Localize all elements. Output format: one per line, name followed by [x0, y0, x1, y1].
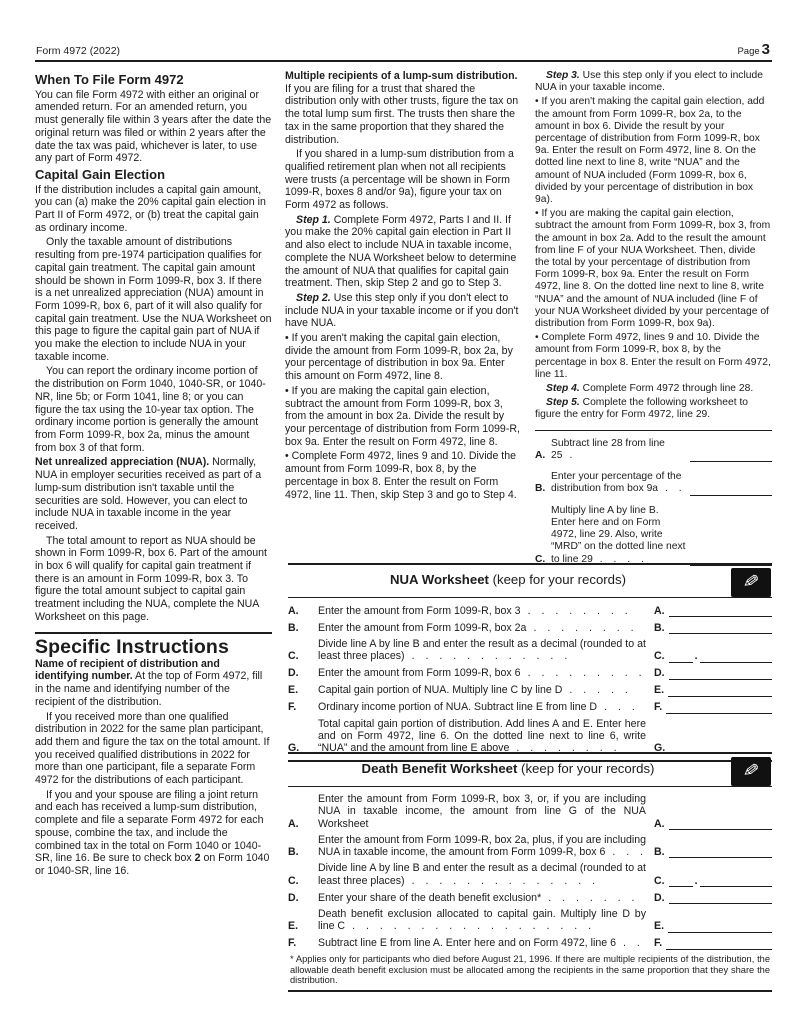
nua-worksheet: NUA Worksheet (keep for your records) ✎ …: [288, 563, 772, 762]
line-text: Subtract line 28 from line 25.: [551, 438, 690, 462]
paragraph-text: Complete Form 4972 through line 28.: [580, 383, 753, 394]
worksheet-line-e: E. Death benefit exclusion allocated to …: [288, 908, 772, 933]
line-text: Divide line A by line B and enter the re…: [318, 862, 654, 887]
line-letter: B.: [288, 846, 318, 858]
paragraph: If you received more than one qualified …: [35, 711, 272, 787]
line-text-body: Enter the amount from Form 1099-R, box 2…: [318, 622, 526, 634]
worksheet-line-b: B. Enter the amount from Form 1099-R, bo…: [288, 621, 772, 634]
bullet-item: • If you are making the capital gain ele…: [285, 385, 522, 449]
decimal-point: .: [693, 875, 700, 887]
line-letter: A.: [535, 450, 551, 462]
worksheet-line-d: D. Enter your share of the death benefit…: [288, 891, 772, 904]
entry-blank[interactable]: [669, 845, 772, 858]
nua-worksheet-rows: A. Enter the amount from Form 1099-R, bo…: [288, 598, 772, 754]
bullet-item: • If you aren't making the capital gain …: [535, 96, 772, 206]
line-letter: D.: [288, 892, 318, 904]
entry-blank[interactable]: [666, 937, 772, 950]
dot-leader: . . . . . . . . . . . . . . . . . .: [345, 920, 591, 932]
step-label: Step 4.: [546, 383, 580, 394]
death-benefit-worksheet: Death Benefit Worksheet (keep for your r…: [288, 752, 772, 992]
answer-letter: B.: [654, 846, 665, 858]
paragraph-step-1: Step 1. Complete Form 4972, Parts I and …: [285, 214, 522, 290]
answer-letter: D.: [654, 667, 665, 679]
answer-cell: D.: [654, 891, 772, 904]
line-text-body: Capital gain portion of NUA. Multiply li…: [318, 684, 562, 696]
paragraph-nua: Net unrealized appreciation (NUA). Norma…: [35, 456, 272, 532]
answer-letter: B.: [654, 622, 665, 634]
worksheet-line-d: D. Enter the amount from Form 1099-R, bo…: [288, 667, 772, 680]
dot-leader: . .: [658, 483, 682, 494]
answer-letter: E.: [654, 684, 664, 696]
bullet-item: • If you are making the capital gain ele…: [535, 208, 772, 330]
line-letter: B.: [535, 483, 551, 495]
line-text-body: Enter the amount from Form 1099-R, box 6: [318, 667, 521, 679]
worksheet-line-g: G. Total capital gain portion of distrib…: [288, 718, 772, 755]
worksheet-title-note: (keep for your records): [489, 572, 626, 587]
entry-blank[interactable]: [690, 483, 772, 496]
nua-worksheet-header: NUA Worksheet (keep for your records) ✎: [288, 565, 772, 598]
answer-letter: F.: [654, 937, 662, 949]
entry-blank[interactable]: [669, 621, 772, 634]
line-text: Death benefit exclusion allocated to cap…: [318, 908, 654, 933]
answer-cell-decimal: C..: [654, 650, 772, 663]
entry-blank[interactable]: [669, 604, 772, 617]
answer-letter: C.: [654, 875, 665, 887]
answer-cell: B.: [654, 621, 772, 634]
line-text-body: Subtract line E from line A. Enter here …: [318, 937, 616, 949]
bullet-item: • Complete Form 4972, lines 9 and 10. Di…: [285, 450, 522, 501]
dot-leader: . . . . . . . .: [526, 622, 633, 634]
dot-leader: . . . . . . .: [541, 892, 634, 904]
left-column: When To File Form 4972 You can file Form…: [35, 70, 272, 880]
bullet-item: • If you aren't making the capital gain …: [285, 332, 522, 383]
answer-cell: A.: [654, 604, 772, 617]
death-worksheet-header: Death Benefit Worksheet (keep for your r…: [288, 754, 772, 787]
answer-cell: E.: [654, 920, 772, 933]
right-column: Step 3. Use this step only if you elect …: [535, 70, 772, 575]
line-letter: A.: [288, 605, 318, 617]
heading-when-to-file: When To File Form 4972: [35, 74, 272, 87]
line-letter: F.: [288, 701, 318, 713]
paragraph-step-4: Step 4. Complete Form 4972 through line …: [535, 383, 772, 395]
paragraph: You can report the ordinary income porti…: [35, 365, 272, 454]
mini-worksheet-divider: [535, 430, 772, 431]
line-text: Multiply line A by line B. Enter here an…: [551, 505, 690, 566]
line-text-body: Enter the amount from Form 1099-R, box 3: [318, 605, 521, 617]
line-text: Enter the amount from Form 1099-R, box 2…: [318, 834, 654, 859]
worksheet-title-bold: NUA Worksheet: [390, 572, 489, 587]
line-text: Enter the amount from Form 1099-R, box 3…: [318, 605, 654, 617]
worksheet-line-a: A. Enter the amount from Form 1099-R, bo…: [288, 604, 772, 617]
pencil-icon: ✎: [731, 568, 771, 597]
paragraph-joint-return: If you and your spouse are filing a join…: [35, 789, 272, 878]
answer-cell: B.: [654, 845, 772, 858]
line-text-body: Enter your share of the death benefit ex…: [318, 892, 541, 904]
bullet-item: • Complete Form 4972, lines 9 and 10. Di…: [535, 332, 772, 381]
paragraph-step-2: Step 2. Use this step only if you don't …: [285, 292, 522, 330]
heading-capital-gain-election: Capital Gain Election: [35, 169, 272, 182]
line-letter: D.: [288, 667, 318, 679]
line-letter: E.: [288, 920, 318, 932]
mini-worksheet-line-b: B. Enter your percentage of the distribu…: [535, 471, 772, 495]
line-text: Ordinary income portion of NUA. Subtract…: [318, 701, 654, 713]
line-text: Enter the amount from Form 1099-R, box 2…: [318, 622, 654, 634]
pencil-glyph: ✎: [742, 575, 759, 589]
paragraph: If you shared in a lump-sum distribution…: [285, 148, 522, 212]
middle-column: Multiple recipients of a lump-sum distri…: [285, 70, 522, 503]
entry-blank[interactable]: [690, 449, 772, 462]
nua-worksheet-title: NUA Worksheet (keep for your records): [288, 574, 728, 586]
answer-letter: A.: [654, 818, 665, 830]
inline-heading: Multiple recipients of a lump-sum distri…: [285, 70, 517, 82]
line-text: Enter your share of the death benefit ex…: [318, 892, 654, 904]
entry-blank[interactable]: [700, 650, 772, 663]
answer-cell: F.: [654, 701, 772, 714]
inline-heading: Net unrealized appreciation (NUA).: [35, 456, 209, 468]
worksheet-line-e: E. Capital gain portion of NUA. Multiply…: [288, 684, 772, 697]
worksheet-line-f: F. Ordinary income portion of NUA. Subtr…: [288, 701, 772, 714]
worksheet-line-f: F. Subtract line E from line A. Enter he…: [288, 937, 772, 950]
form-id: Form 4972 (2022): [36, 45, 120, 57]
dot-leader: . .: [616, 937, 640, 949]
answer-cell: D.: [654, 667, 772, 680]
answer-cell: A.: [654, 817, 772, 830]
line-letter: C.: [288, 650, 318, 662]
entry-blank[interactable]: [668, 684, 772, 697]
answer-cell-decimal: C..: [654, 874, 772, 887]
line-text: Enter the amount from Form 1099-R, box 3…: [318, 793, 654, 830]
page-number: 3: [762, 41, 770, 58]
entry-blank[interactable]: [669, 817, 772, 830]
entry-blank[interactable]: [666, 701, 772, 714]
dot-leader: . . .: [605, 846, 643, 858]
line-text: Subtract line E from line A. Enter here …: [318, 937, 654, 949]
line-text: Enter the amount from Form 1099-R, box 6…: [318, 667, 654, 679]
mini-worksheet-line-a: A. Subtract line 28 from line 25.: [535, 438, 772, 462]
paragraph: Only the taxable amount of distributions…: [35, 236, 272, 363]
line-text: Capital gain portion of NUA. Multiply li…: [318, 684, 654, 696]
paragraph: The total amount to report as NUA should…: [35, 535, 272, 624]
heading-specific-instructions: Specific Instructions: [35, 641, 272, 654]
step-label: Step 5.: [546, 397, 580, 408]
dot-leader: .: [562, 450, 572, 461]
document-page: Form 4972 (2022) Page3 When To File Form…: [0, 0, 800, 1035]
step-label: Step 3.: [546, 70, 580, 81]
decimal-point: .: [693, 650, 700, 662]
line-letter: F.: [288, 937, 318, 949]
dot-leader: . . . . . . . .: [521, 605, 628, 617]
line-letter: A.: [288, 818, 318, 830]
entry-blank[interactable]: [668, 920, 772, 933]
answer-letter: A.: [654, 605, 665, 617]
line-text: Enter your percentage of the distributio…: [551, 471, 690, 495]
dot-leader: . . .: [597, 701, 635, 713]
answer-letter: C.: [654, 650, 665, 662]
line-letter: E.: [288, 684, 318, 696]
section-divider: [35, 632, 272, 635]
dot-leader: . . . . . . . . . . . . . .: [405, 875, 595, 887]
page-label: Page: [737, 46, 759, 57]
header-rule: [35, 60, 772, 62]
mini-worksheet-line-c: C. Multiply line A by line B. Enter here…: [535, 505, 772, 566]
entry-blank[interactable]: [669, 667, 772, 680]
line-letter: C.: [288, 875, 318, 887]
paragraph-name-of-recipient: Name of recipient of distribution and id…: [35, 658, 272, 709]
dot-leader: . . . . .: [562, 684, 628, 696]
worksheet-title-note: (keep for your records): [517, 761, 654, 776]
death-worksheet-rows: A. Enter the amount from Form 1099-R, bo…: [288, 787, 772, 950]
answer-letter: E.: [654, 920, 664, 932]
page-indicator: Page3: [737, 41, 770, 58]
step-label: Step 2.: [296, 292, 331, 304]
line-text: Divide line A by line B and enter the re…: [318, 638, 654, 663]
paragraph-step-3: Step 3. Use this step only if you elect …: [535, 70, 772, 94]
line-letter: B.: [288, 622, 318, 634]
answer-letter: F.: [654, 701, 662, 713]
paragraph: You can file Form 4972 with either an or…: [35, 89, 272, 165]
line-text: Total capital gain portion of distributi…: [318, 718, 654, 755]
answer-cell: F.: [654, 937, 772, 950]
death-worksheet-title: Death Benefit Worksheet (keep for your r…: [288, 763, 728, 775]
dot-leader: . . . . . . . . . . . .: [405, 650, 568, 662]
step-label: Step 1.: [296, 214, 331, 226]
answer-cell: E.: [654, 684, 772, 697]
entry-blank[interactable]: [700, 874, 772, 887]
pencil-glyph: ✎: [742, 764, 759, 778]
paragraph-text: If you are filing for a trust that share…: [285, 83, 518, 146]
worksheet-title-bold: Death Benefit Worksheet: [362, 761, 518, 776]
pencil-icon: ✎: [731, 757, 771, 786]
worksheet-line-c: C. Divide line A by line B and enter the…: [288, 862, 772, 887]
entry-blank[interactable]: [669, 650, 693, 663]
paragraph-step-5: Step 5. Complete the following worksheet…: [535, 397, 772, 421]
worksheet-line-b: B. Enter the amount from Form 1099-R, bo…: [288, 834, 772, 859]
answer-letter: D.: [654, 892, 665, 904]
dot-leader: [368, 818, 375, 830]
death-worksheet-footnote: * Applies only for participants who died…: [290, 954, 770, 987]
worksheet-line-c: C. Divide line A by line B and enter the…: [288, 638, 772, 663]
entry-blank[interactable]: [669, 874, 693, 887]
paragraph-multiple-recipients: Multiple recipients of a lump-sum distri…: [285, 70, 522, 146]
dot-leader: . . . . . . . . .: [521, 667, 642, 679]
entry-blank[interactable]: [669, 891, 772, 904]
paragraph: If the distribution includes a capital g…: [35, 184, 272, 235]
line-text-body: Ordinary income portion of NUA. Subtract…: [318, 701, 597, 713]
line-text-body: Enter the amount from Form 1099-R, box 2…: [318, 834, 646, 858]
worksheet-line-a: A. Enter the amount from Form 1099-R, bo…: [288, 793, 772, 830]
